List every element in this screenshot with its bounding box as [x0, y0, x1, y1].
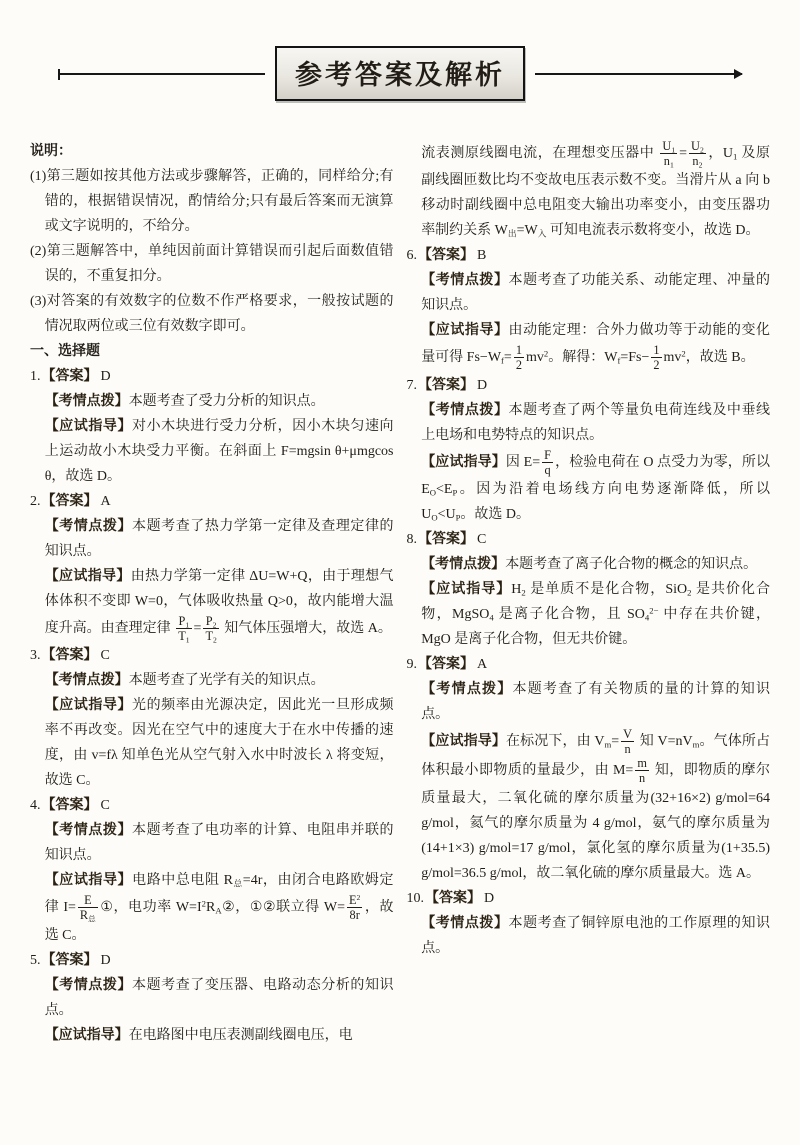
- question-number: 9.: [407, 657, 418, 672]
- question-number: 2.: [30, 494, 41, 509]
- exam-points: 【考情点拨】本题考查了变压器、电路动态分析的知识点。: [45, 973, 394, 1023]
- guidance-label: 【应试指导】: [45, 419, 132, 434]
- answer-line: 10.【答案】D: [421, 886, 770, 911]
- guidance-text: 在电路图中电压表测副线圈电压，电: [129, 1028, 353, 1043]
- answer-line: 1.【答案】D: [45, 364, 394, 389]
- note-item-2: (2)第三题解答中，单纯因前面计算错误而引起后面数值错误的，不重复扣分。: [30, 239, 394, 289]
- guidance-label: 【应试指导】: [421, 455, 506, 470]
- header-rule-left: [58, 73, 265, 75]
- question-number: 5.: [30, 953, 41, 968]
- points-text: 本题考查了光学有关的知识点。: [129, 673, 325, 688]
- answer-label: 【答案】: [42, 369, 98, 384]
- points-label: 【考情点拨】: [421, 273, 508, 288]
- answer-item-9: 9.【答案】A 【考情点拨】本题考查了有关物质的量的计算的知识点。 【应试指导】…: [407, 652, 771, 886]
- answer-item-4: 4.【答案】C 【考情点拨】本题考查了电功率的计算、电阻串并联的知识点。 【应试…: [30, 793, 394, 947]
- notes-heading: 说明：: [30, 139, 394, 164]
- answer-label: 【答案】: [42, 953, 98, 968]
- answer-label: 【答案】: [42, 494, 98, 509]
- answer-label: 【答案】: [418, 248, 474, 263]
- answer-item-6: 6.【答案】B 【考情点拨】本题考查了功能关系、动能定理、冲量的知识点。 【应试…: [407, 243, 771, 372]
- guidance: 【应试指导】对小木块进行受力分析，因小木块匀速向上运动故小木块受力平衡。在斜面上…: [45, 414, 394, 489]
- note-item-3: (3)对答案的有效数字的位数不作严格要求，一般按试题的情况取两位或三位有效数字即…: [30, 289, 394, 339]
- page-header: 参考答案及解析: [0, 0, 800, 101]
- guidance-label: 【应试指导】: [45, 1028, 129, 1043]
- guidance: 【应试指导】由热力学第一定律 ΔU=W+Q，由于理想气体体积不变即 W=0，气体…: [45, 564, 394, 643]
- question-number: 4.: [30, 798, 41, 813]
- question-number: 7.: [407, 378, 418, 393]
- guidance-text: 在标况下，由 Vm=Vn 知 V=nVm。气体所占体积最小即物质的量最少，由 M…: [421, 734, 770, 881]
- question-number: 1.: [30, 369, 41, 384]
- answer-line: 4.【答案】C: [45, 793, 394, 818]
- answer-label: 【答案】: [42, 648, 98, 663]
- points-label: 【考情点拨】: [45, 519, 132, 534]
- left-column: 说明： (1)第三题如按其他方法或步骤解答，正确的，同样给分;有错的，根据错误情…: [30, 139, 394, 1048]
- section-heading: 一、选择题: [30, 339, 394, 364]
- points-text: 本题考查了离子化合物的概念的知识点。: [505, 557, 757, 572]
- question-number: 10.: [407, 891, 425, 906]
- points-label: 【考情点拨】: [421, 916, 508, 931]
- guidance-label: 【应试指导】: [45, 569, 131, 584]
- guidance-label: 【应试指导】: [421, 582, 511, 597]
- answer-label: 【答案】: [418, 378, 474, 393]
- answer-line: 8.【答案】C: [421, 527, 770, 552]
- answer-line: 9.【答案】A: [421, 652, 770, 677]
- answer-line: 3.【答案】C: [45, 643, 394, 668]
- guidance-label: 【应试指导】: [421, 734, 506, 749]
- answer-label: 【答案】: [42, 798, 98, 813]
- answer-label: 【答案】: [418, 532, 474, 547]
- header-rule-right: [535, 73, 742, 75]
- guidance: 【应试指导】光的频率由光源决定，因此光一旦形成频率不再改变。因光在空气中的速度大…: [45, 693, 394, 793]
- exam-points: 【考情点拨】本题考查了离子化合物的概念的知识点。: [421, 552, 770, 577]
- answer-line: 6.【答案】B: [421, 243, 770, 268]
- answer-letter: C: [101, 798, 110, 813]
- answer-item-10: 10.【答案】D 【考情点拨】本题考查了铜锌原电池的工作原理的知识点。: [407, 886, 771, 961]
- exam-points: 【考情点拨】本题考查了功能关系、动能定理、冲量的知识点。: [421, 268, 770, 318]
- guidance: 【应试指导】在电路图中电压表测副线圈电压，电: [45, 1023, 394, 1048]
- guidance: 【应试指导】在标况下，由 Vm=Vn 知 V=nVm。气体所占体积最小即物质的量…: [421, 727, 770, 886]
- answer-letter: D: [477, 378, 487, 393]
- guidance: 【应试指导】H2 是单质不是化合物，SiO2 是共价化合物，MgSO4 是离子化…: [421, 577, 770, 652]
- scanned-answer-sheet: 参考答案及解析 说明： (1)第三题如按其他方法或步骤解答，正确的，同样给分;有…: [0, 0, 800, 1145]
- points-label: 【考情点拨】: [421, 403, 508, 418]
- guidance: 【应试指导】因 E=Fq，检验电荷在 O 点受力为零，所以 EO<EP。因为沿着…: [421, 448, 770, 527]
- points-text: 本题考查了受力分析的知识点。: [129, 394, 325, 409]
- exam-points: 【考情点拨】本题考查了电功率的计算、电阻串并联的知识点。: [45, 818, 394, 868]
- question-number: 8.: [407, 532, 418, 547]
- answer-label: 【答案】: [425, 891, 481, 906]
- exam-points: 【考情点拨】本题考查了有关物质的量的计算的知识点。: [421, 677, 770, 727]
- answer-item-8: 8.【答案】C 【考情点拨】本题考查了离子化合物的概念的知识点。 【应试指导】H…: [407, 527, 771, 652]
- answer-letter: B: [477, 248, 486, 263]
- answer-letter: C: [477, 532, 486, 547]
- guidance: 【应试指导】电路中总电阻 R总=4r，由闭合电路欧姆定律 I=ER总①，电功率 …: [45, 868, 394, 947]
- answer-item-2: 2.【答案】A 【考情点拨】本题考查了热力学第一定律及查理定律的知识点。 【应试…: [30, 489, 394, 643]
- exam-points: 【考情点拨】本题考查了光学有关的知识点。: [45, 668, 394, 693]
- answer-letter: D: [101, 953, 111, 968]
- points-label: 【考情点拨】: [45, 394, 129, 409]
- content: 说明： (1)第三题如按其他方法或步骤解答，正确的，同样给分;有错的，根据错误情…: [0, 101, 800, 1048]
- exam-points: 【考情点拨】本题考查了热力学第一定律及查理定律的知识点。: [45, 514, 394, 564]
- answer-line: 2.【答案】A: [45, 489, 394, 514]
- exam-points: 【考情点拨】本题考查了受力分析的知识点。: [45, 389, 394, 414]
- answer-letter: A: [477, 657, 487, 672]
- guidance-label: 【应试指导】: [45, 873, 132, 888]
- points-label: 【考情点拨】: [45, 978, 132, 993]
- points-label: 【考情点拨】: [421, 557, 505, 572]
- guidance-label: 【应试指导】: [45, 698, 132, 713]
- q5-guidance-continuation: 流表测原线圈电流，在理想变压器中 U1n1=U2n2，U1 及原副线圈匝数比均不…: [407, 139, 771, 243]
- points-label: 【考情点拨】: [45, 823, 132, 838]
- answer-letter: A: [101, 494, 111, 509]
- guidance: 【应试指导】由动能定理：合外力做功等于动能的变化量可得 Fs−Wf=12mv2。…: [421, 318, 770, 372]
- exam-points: 【考情点拨】本题考查了两个等量负电荷连线及中垂线上电场和电势特点的知识点。: [421, 398, 770, 448]
- answer-line: 5.【答案】D: [45, 948, 394, 973]
- answer-item-5: 5.【答案】D 【考情点拨】本题考查了变压器、电路动态分析的知识点。 【应试指导…: [30, 948, 394, 1048]
- right-column: 流表测原线圈电流，在理想变压器中 U1n1=U2n2，U1 及原副线圈匝数比均不…: [407, 139, 771, 1048]
- answer-item-7: 7.【答案】D 【考情点拨】本题考查了两个等量负电荷连线及中垂线上电场和电势特点…: [407, 373, 771, 527]
- question-number: 3.: [30, 648, 41, 663]
- points-label: 【考情点拨】: [45, 673, 129, 688]
- answer-line: 7.【答案】D: [421, 373, 770, 398]
- answer-letter: D: [101, 369, 111, 384]
- points-label: 【考情点拨】: [421, 682, 512, 697]
- answer-letter: D: [484, 891, 494, 906]
- exam-points: 【考情点拨】本题考查了铜锌原电池的工作原理的知识点。: [421, 911, 770, 961]
- page-title: 参考答案及解析: [275, 46, 525, 101]
- question-number: 6.: [407, 248, 418, 263]
- answer-label: 【答案】: [418, 657, 474, 672]
- answer-item-3: 3.【答案】C 【考情点拨】本题考查了光学有关的知识点。 【应试指导】光的频率由…: [30, 643, 394, 793]
- note-item-1: (1)第三题如按其他方法或步骤解答，正确的，同样给分;有错的，根据错误情况，酌情…: [30, 164, 394, 239]
- answer-item-1: 1.【答案】D 【考情点拨】本题考查了受力分析的知识点。 【应试指导】对小木块进…: [30, 364, 394, 489]
- guidance-label: 【应试指导】: [421, 323, 508, 338]
- answer-letter: C: [101, 648, 110, 663]
